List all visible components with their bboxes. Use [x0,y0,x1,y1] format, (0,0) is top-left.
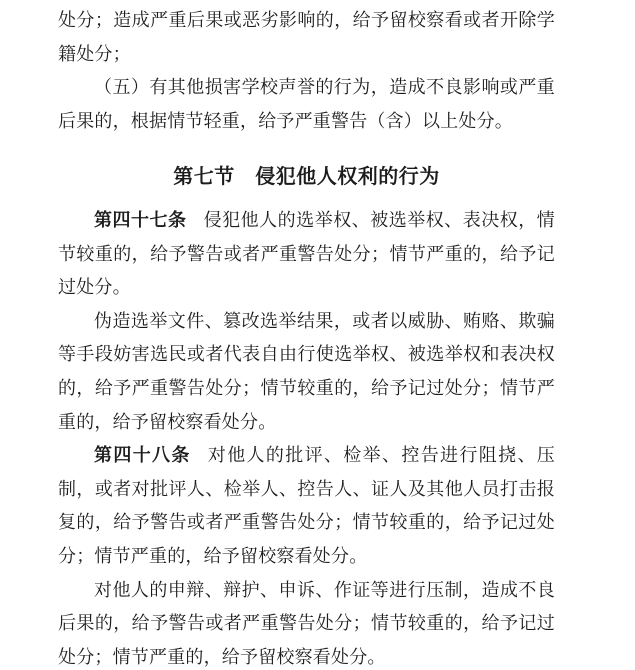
paragraph-article-47: 第四十七条侵犯他人的选举权、被选举权、表决权，情节较重的，给予警告或者严重警告处… [58,204,555,305]
section-heading: 第七节 侵犯他人权利的行为 [58,161,555,195]
document-page: 处分；造成严重后果或恶劣影响的，给予留校察看或者开除学籍处分； （五）有其他损害… [0,0,635,670]
paragraph-suppression: 对他人的申辩、辩护、申诉、作证等进行压制，造成不良后果的，给予警告或者严重警告处… [58,574,555,670]
article-number-48: 第四十八条 [94,445,191,465]
paragraph-article-48: 第四十八条对他人的批评、检举、控告进行阻挠、压制，或者对批评人、检举人、控告人、… [58,439,555,573]
paragraph-clause-five: （五）有其他损害学校声誉的行为，造成不良影响或严重后果的，根据情节轻重，给予严重… [58,71,555,138]
document-content: 处分；造成严重后果或恶劣影响的，给予留校察看或者开除学籍处分； （五）有其他损害… [58,4,555,670]
article-number-47: 第四十七条 [94,210,187,230]
paragraph-election-fraud: 伪造选举文件、篡改选举结果，或者以威胁、贿赂、欺骗等手段妨害选民或者代表自由行使… [58,305,555,439]
paragraph-continuation: 处分；造成严重后果或恶劣影响的，给予留校察看或者开除学籍处分； [58,4,555,71]
